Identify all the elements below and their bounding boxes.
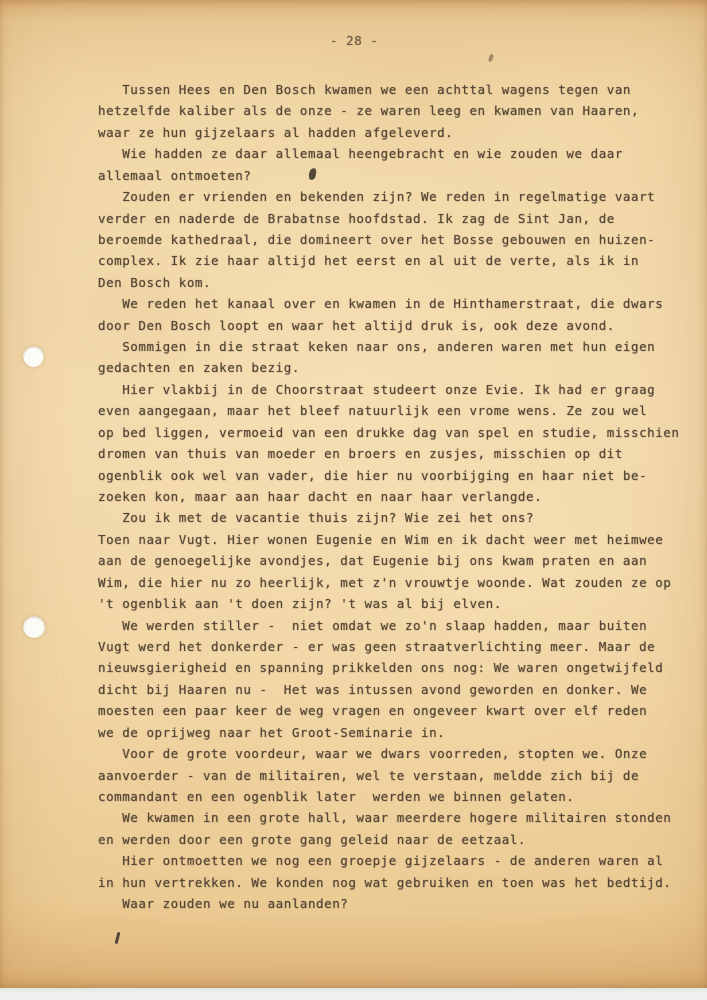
ink-stroke-icon <box>115 932 121 944</box>
typewritten-body-text: Tussen Hees en Den Bosch kwamen we een a… <box>98 79 679 914</box>
scan-background-strip <box>0 988 707 1000</box>
ink-speck-icon <box>488 54 494 63</box>
punch-hole-bottom-icon <box>23 616 45 638</box>
punch-hole-top-icon <box>23 346 44 367</box>
page-number: - 28 - <box>330 33 378 48</box>
paper-sheet: - 28 - Tussen Hees en Den Bosch kwamen w… <box>0 0 707 990</box>
